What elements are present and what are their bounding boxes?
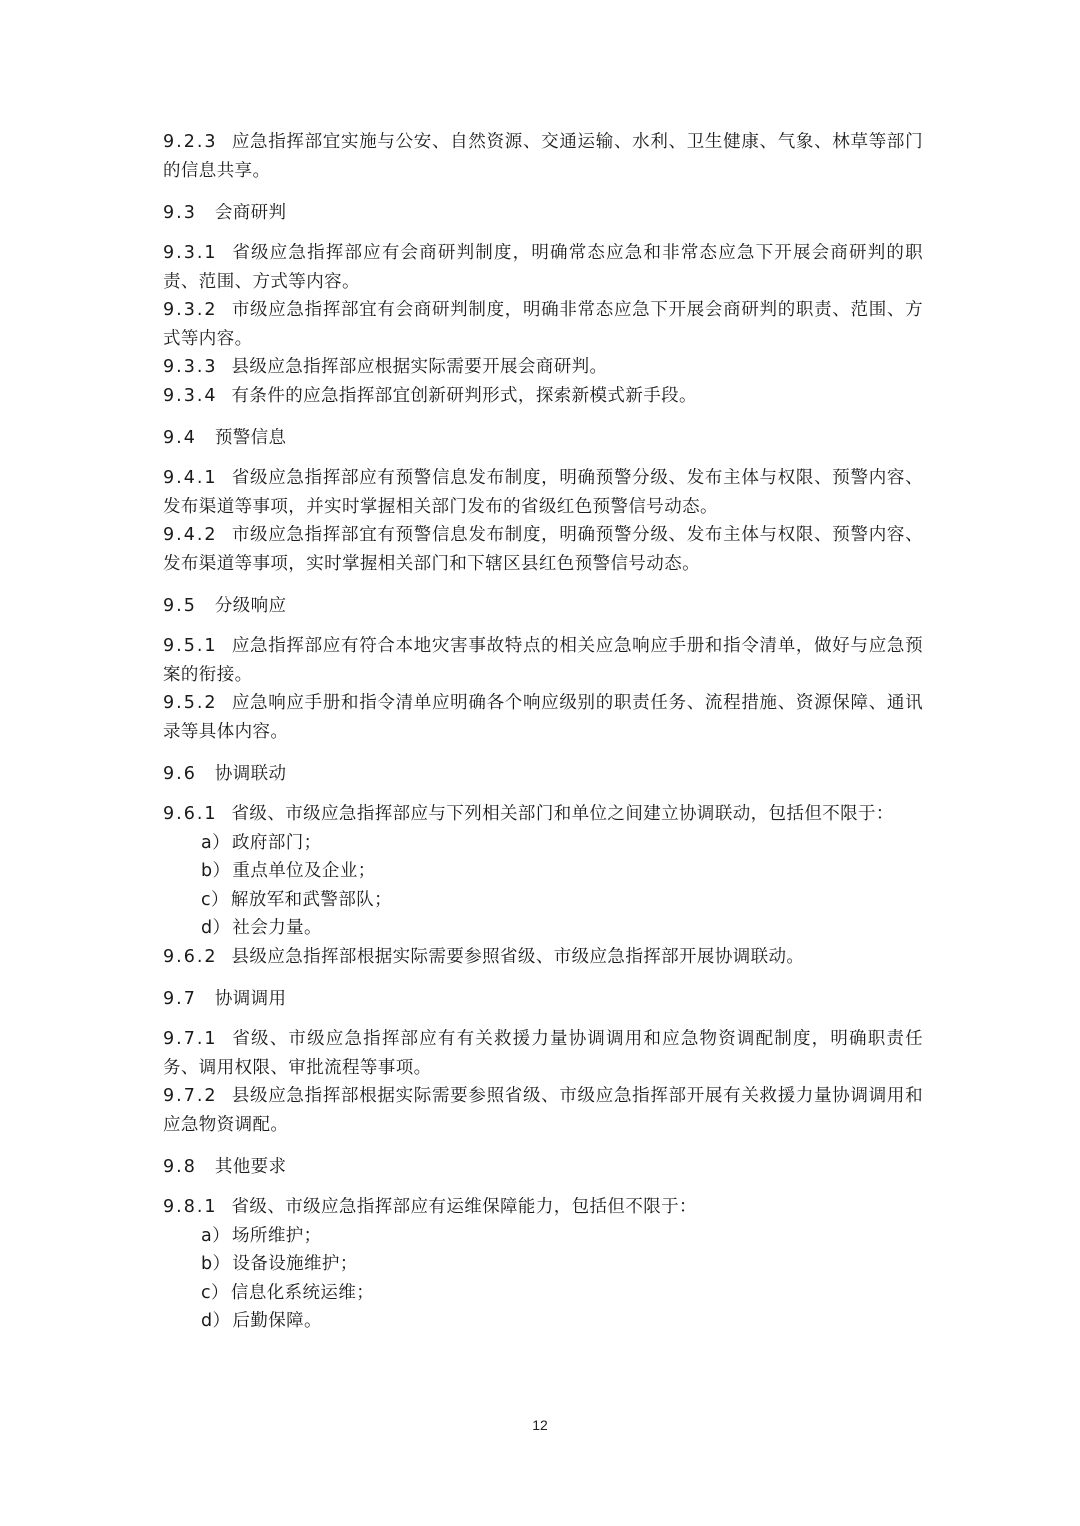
list-marker: c） bbox=[201, 890, 229, 910]
list-marker: a） bbox=[201, 1226, 230, 1246]
clause-9-5-2: 9.5.2应急响应手册和指令清单应明确各个响应级别的职责任务、流程措施、资源保障… bbox=[163, 689, 923, 746]
clause-9-7-2: 9.7.2县级应急指挥部根据实际需要参照省级、市级应急指挥部开展有关救援力量协调… bbox=[163, 1082, 923, 1139]
section-heading-9-3: 9.3会商研判 bbox=[163, 199, 923, 227]
clause-text: 市级应急指挥部宜有预警信息发布制度，明确预警分级、发布主体与权限、预警内容、发布… bbox=[163, 525, 923, 574]
clause-9-2-3: 9.2.3应急指挥部宜实施与公安、自然资源、交通运输、水利、卫生健康、气象、林草… bbox=[163, 128, 923, 185]
list-item-text: 解放军和武警部队； bbox=[231, 890, 392, 910]
section-number: 9.7 bbox=[163, 985, 197, 1013]
clause-text: 有条件的应急指挥部宜创新研判形式，探索新模式新手段。 bbox=[232, 386, 697, 406]
section-title: 会商研判 bbox=[215, 203, 287, 223]
list-item: a）政府部门； bbox=[163, 829, 923, 858]
clause-number: 9.3.1 bbox=[163, 239, 218, 268]
list-item: b）重点单位及企业； bbox=[163, 857, 923, 886]
list-item: a）场所维护； bbox=[163, 1222, 923, 1251]
list-marker: c） bbox=[201, 1283, 229, 1303]
clause-text: 应急指挥部宜实施与公安、自然资源、交通运输、水利、卫生健康、气象、林草等部门的信… bbox=[163, 132, 923, 181]
section-number: 9.8 bbox=[163, 1153, 197, 1181]
list-item: b）设备设施维护； bbox=[163, 1250, 923, 1279]
clause-text: 县级应急指挥部根据实际需要参照省级、市级应急指挥部开展有关救援力量协调调用和应急… bbox=[163, 1086, 923, 1135]
section-title: 其他要求 bbox=[215, 1157, 287, 1177]
clause-number: 9.4.1 bbox=[163, 464, 218, 493]
list-item-text: 信息化系统运维； bbox=[231, 1283, 374, 1303]
clause-text: 省级、市级应急指挥部应有有关救援力量协调调用和应急物资调配制度，明确职责任务、调… bbox=[163, 1029, 923, 1078]
list-item-text: 政府部门； bbox=[232, 833, 322, 853]
section-heading-9-8: 9.8其他要求 bbox=[163, 1153, 923, 1181]
list-item-text: 重点单位及企业； bbox=[232, 861, 375, 881]
clause-9-4-1: 9.4.1省级应急指挥部应有预警信息发布制度，明确预警分级、发布主体与权限、预警… bbox=[163, 464, 923, 521]
list-marker: b） bbox=[201, 1254, 230, 1274]
list-marker: a） bbox=[201, 833, 230, 853]
section-title: 分级响应 bbox=[215, 596, 287, 616]
section-heading-9-6: 9.6协调联动 bbox=[163, 760, 923, 788]
clause-9-6-2: 9.6.2县级应急指挥部根据实际需要参照省级、市级应急指挥部开展协调联动。 bbox=[163, 943, 923, 972]
section-heading-9-4: 9.4预警信息 bbox=[163, 424, 923, 452]
page-number: 12 bbox=[0, 1417, 1080, 1433]
clause-text: 市级应急指挥部宜有会商研判制度，明确非常态应急下开展会商研判的职责、范围、方式等… bbox=[163, 300, 923, 349]
clause-9-8-1: 9.8.1省级、市级应急指挥部应有运维保障能力，包括但不限于： bbox=[163, 1193, 923, 1222]
clause-text: 省级、市级应急指挥部应有运维保障能力，包括但不限于： bbox=[232, 1197, 697, 1217]
clause-text: 县级应急指挥部应根据实际需要开展会商研判。 bbox=[232, 357, 608, 377]
clause-text: 省级应急指挥部应有预警信息发布制度，明确预警分级、发布主体与权限、预警内容、发布… bbox=[163, 468, 923, 517]
list-marker: d） bbox=[201, 918, 230, 938]
clause-9-3-2: 9.3.2市级应急指挥部宜有会商研判制度，明确非常态应急下开展会商研判的职责、范… bbox=[163, 296, 923, 353]
document-page: 9.2.3应急指挥部宜实施与公安、自然资源、交通运输、水利、卫生健康、气象、林草… bbox=[163, 128, 923, 1336]
list-marker: d） bbox=[201, 1311, 230, 1331]
list-item-text: 社会力量。 bbox=[232, 918, 322, 938]
list-item: d）社会力量。 bbox=[163, 914, 923, 943]
list-item-text: 设备设施维护； bbox=[232, 1254, 357, 1274]
clause-text: 应急指挥部应有符合本地灾害事故特点的相关应急响应手册和指令清单，做好与应急预案的… bbox=[163, 636, 923, 685]
clause-9-3-3: 9.3.3县级应急指挥部应根据实际需要开展会商研判。 bbox=[163, 353, 923, 382]
section-number: 9.5 bbox=[163, 592, 197, 620]
list-item: c）解放军和武警部队； bbox=[163, 886, 923, 915]
list-item: c）信息化系统运维； bbox=[163, 1279, 923, 1308]
list-item-text: 后勤保障。 bbox=[232, 1311, 322, 1331]
section-title: 协调联动 bbox=[215, 764, 287, 784]
clause-text: 省级应急指挥部应有会商研判制度，明确常态应急和非常态应急下开展会商研判的职责、范… bbox=[163, 243, 923, 292]
section-number: 9.4 bbox=[163, 424, 197, 452]
clause-number: 9.7.2 bbox=[163, 1082, 218, 1111]
clause-9-3-4: 9.3.4有条件的应急指挥部宜创新研判形式，探索新模式新手段。 bbox=[163, 382, 923, 411]
clause-number: 9.5.1 bbox=[163, 632, 218, 661]
section-number: 9.3 bbox=[163, 199, 197, 227]
section-title: 预警信息 bbox=[215, 428, 287, 448]
clause-number: 9.5.2 bbox=[163, 689, 218, 718]
clause-text: 县级应急指挥部根据实际需要参照省级、市级应急指挥部开展协调联动。 bbox=[232, 947, 805, 967]
list-marker: b） bbox=[201, 861, 230, 881]
list-item-text: 场所维护； bbox=[232, 1226, 322, 1246]
clause-number: 9.6.2 bbox=[163, 943, 218, 972]
clause-number: 9.7.1 bbox=[163, 1025, 218, 1054]
clause-number: 9.2.3 bbox=[163, 128, 218, 157]
clause-9-3-1: 9.3.1省级应急指挥部应有会商研判制度，明确常态应急和非常态应急下开展会商研判… bbox=[163, 239, 923, 296]
clause-number: 9.3.4 bbox=[163, 382, 218, 411]
section-number: 9.6 bbox=[163, 760, 197, 788]
clause-9-7-1: 9.7.1省级、市级应急指挥部应有有关救援力量协调调用和应急物资调配制度，明确职… bbox=[163, 1025, 923, 1082]
clause-9-4-2: 9.4.2市级应急指挥部宜有预警信息发布制度，明确预警分级、发布主体与权限、预警… bbox=[163, 521, 923, 578]
clause-number: 9.3.3 bbox=[163, 353, 218, 382]
clause-text: 省级、市级应急指挥部应与下列相关部门和单位之间建立协调联动，包括但不限于： bbox=[232, 804, 894, 824]
clause-9-5-1: 9.5.1应急指挥部应有符合本地灾害事故特点的相关应急响应手册和指令清单，做好与… bbox=[163, 632, 923, 689]
clause-number: 9.8.1 bbox=[163, 1193, 218, 1222]
section-heading-9-7: 9.7协调调用 bbox=[163, 985, 923, 1013]
clause-text: 应急响应手册和指令清单应明确各个响应级别的职责任务、流程措施、资源保障、通讯录等… bbox=[163, 693, 923, 742]
clause-number: 9.4.2 bbox=[163, 521, 218, 550]
section-title: 协调调用 bbox=[215, 989, 287, 1009]
list-item: d）后勤保障。 bbox=[163, 1307, 923, 1336]
clause-number: 9.3.2 bbox=[163, 296, 218, 325]
section-heading-9-5: 9.5分级响应 bbox=[163, 592, 923, 620]
clause-9-6-1: 9.6.1省级、市级应急指挥部应与下列相关部门和单位之间建立协调联动，包括但不限… bbox=[163, 800, 923, 829]
clause-number: 9.6.1 bbox=[163, 800, 218, 829]
